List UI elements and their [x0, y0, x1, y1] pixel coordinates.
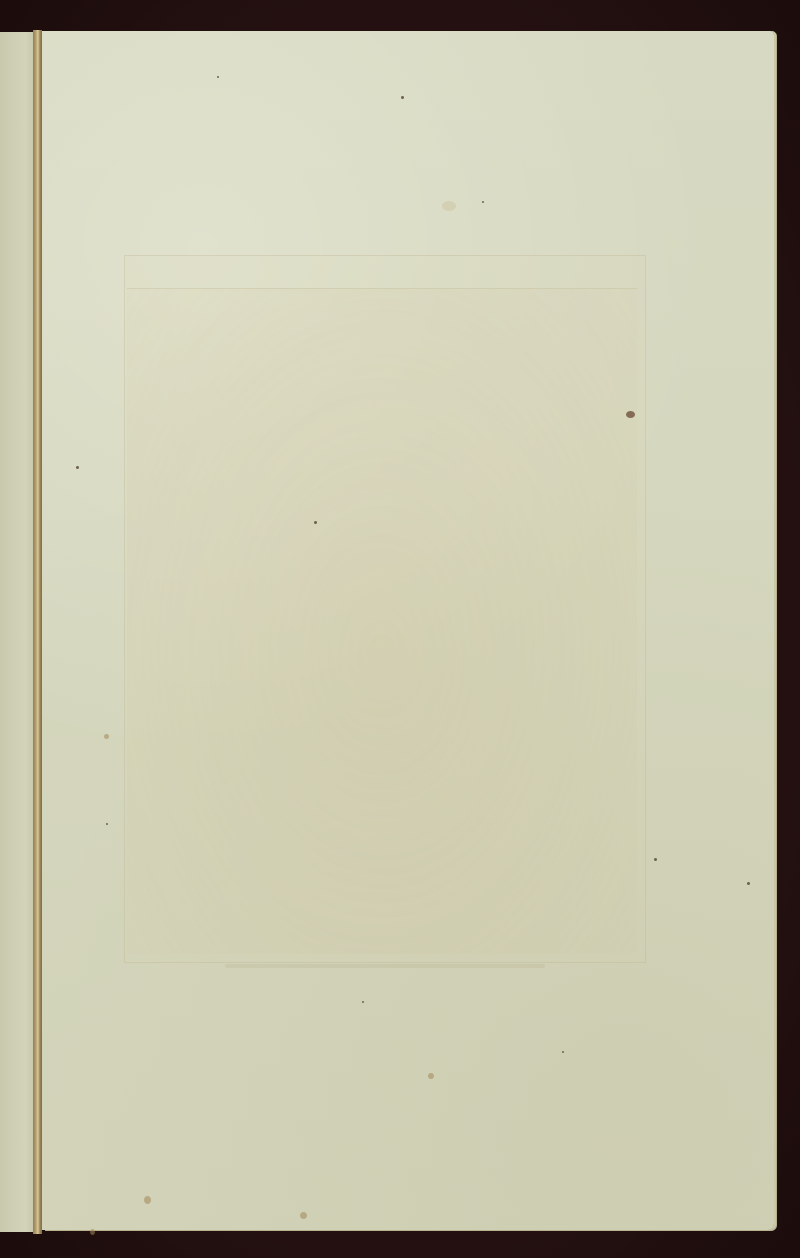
paper-speck [314, 521, 317, 524]
foxing-spot [442, 201, 456, 211]
book-gutter [33, 30, 42, 1234]
foxing-spot [90, 1229, 95, 1235]
paper-speck [362, 1001, 364, 1003]
paper-speck [654, 858, 657, 861]
paper-speck [747, 882, 750, 885]
paper-speck [217, 76, 219, 78]
foxing-spot [300, 1212, 307, 1219]
blank-page [42, 31, 774, 1230]
foxing-spot [144, 1196, 151, 1204]
paper-speck [76, 466, 79, 469]
faded-plate-image [127, 288, 637, 954]
foxing-spot [104, 734, 109, 739]
foxing-spot [428, 1073, 434, 1079]
caption-area [225, 964, 545, 968]
paper-speck [482, 201, 484, 203]
paper-speck [401, 96, 404, 99]
foxing-spot [626, 411, 635, 418]
paper-speck [106, 823, 108, 825]
paper-speck [562, 1051, 564, 1053]
left-facing-page-edge [0, 32, 36, 1232]
